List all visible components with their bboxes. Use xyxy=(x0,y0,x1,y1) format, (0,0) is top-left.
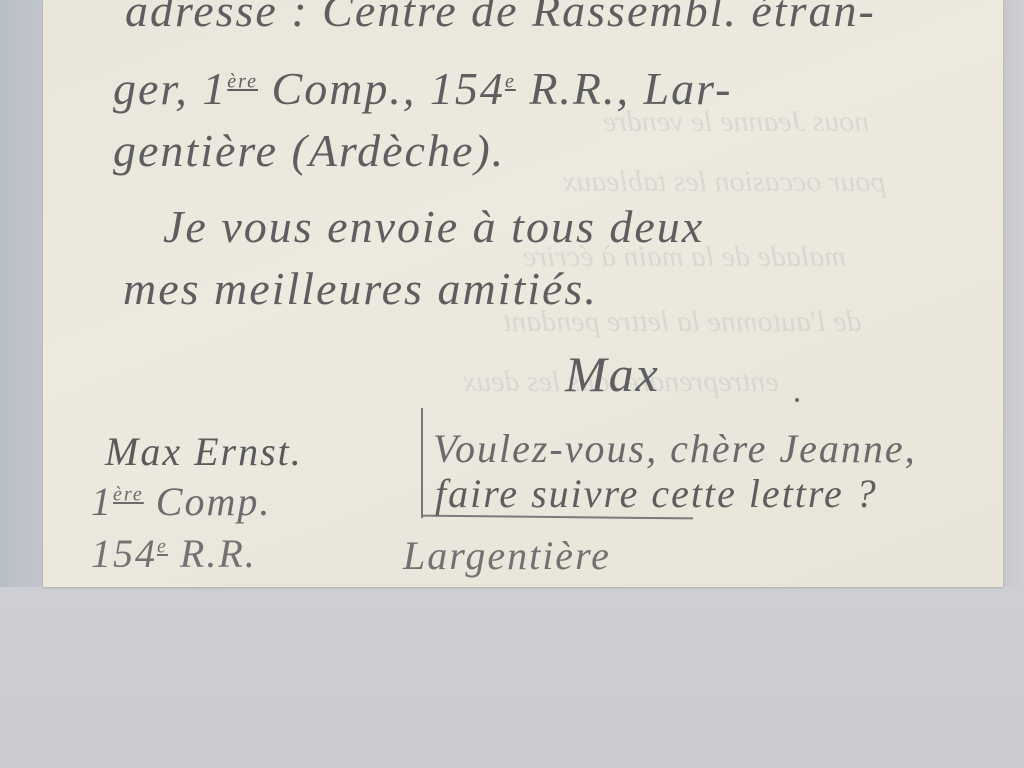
sender-regiment: 154e R.R. xyxy=(91,530,257,577)
superscript: e xyxy=(157,536,168,558)
note-line-1: Voulez-vous, chère Jeanne, xyxy=(433,425,917,472)
letter-line-place: gentière (Ardèche). xyxy=(113,124,505,177)
sender-company: 1ère Comp. xyxy=(91,478,271,525)
background-surface-left xyxy=(0,0,43,587)
letter-line-greeting: Je vous envoie à tous deux xyxy=(163,200,704,253)
letter-line-address: adresse : Centre de Rassembl. étran- xyxy=(125,0,876,37)
letter-line-company: ger, 1ère Comp., 154e R.R., Lar- xyxy=(113,62,732,115)
text-fragment: 154 xyxy=(91,531,157,576)
text-fragment: R.R. xyxy=(168,531,257,576)
text-fragment: 1 xyxy=(91,479,113,524)
sender-name: Max Ernst. xyxy=(105,428,303,475)
sender-place: Largentière xyxy=(403,532,611,579)
note-bracket-vertical xyxy=(421,408,423,518)
text-fragment: R.R., Lar- xyxy=(516,63,733,114)
text-fragment: Comp., 154 xyxy=(258,63,505,114)
signature: Max xyxy=(565,345,660,403)
text-fragment: Comp. xyxy=(144,479,272,524)
note-line-2: faire suivre cette lettre ? xyxy=(435,470,878,517)
superscript: ère xyxy=(227,71,258,93)
superscript: ère xyxy=(113,484,144,506)
letter-line-closing: mes meilleures amitiés. xyxy=(123,262,598,315)
text-fragment: ger, 1 xyxy=(113,63,227,114)
ink-dot xyxy=(795,398,799,402)
background-surface-right xyxy=(1003,0,1024,587)
bleed-through-text: pour occasion les tableaux xyxy=(563,165,885,199)
superscript: e xyxy=(505,71,516,93)
letter-paper: nous Jeanne le vendre pour occasion les … xyxy=(43,0,1003,587)
